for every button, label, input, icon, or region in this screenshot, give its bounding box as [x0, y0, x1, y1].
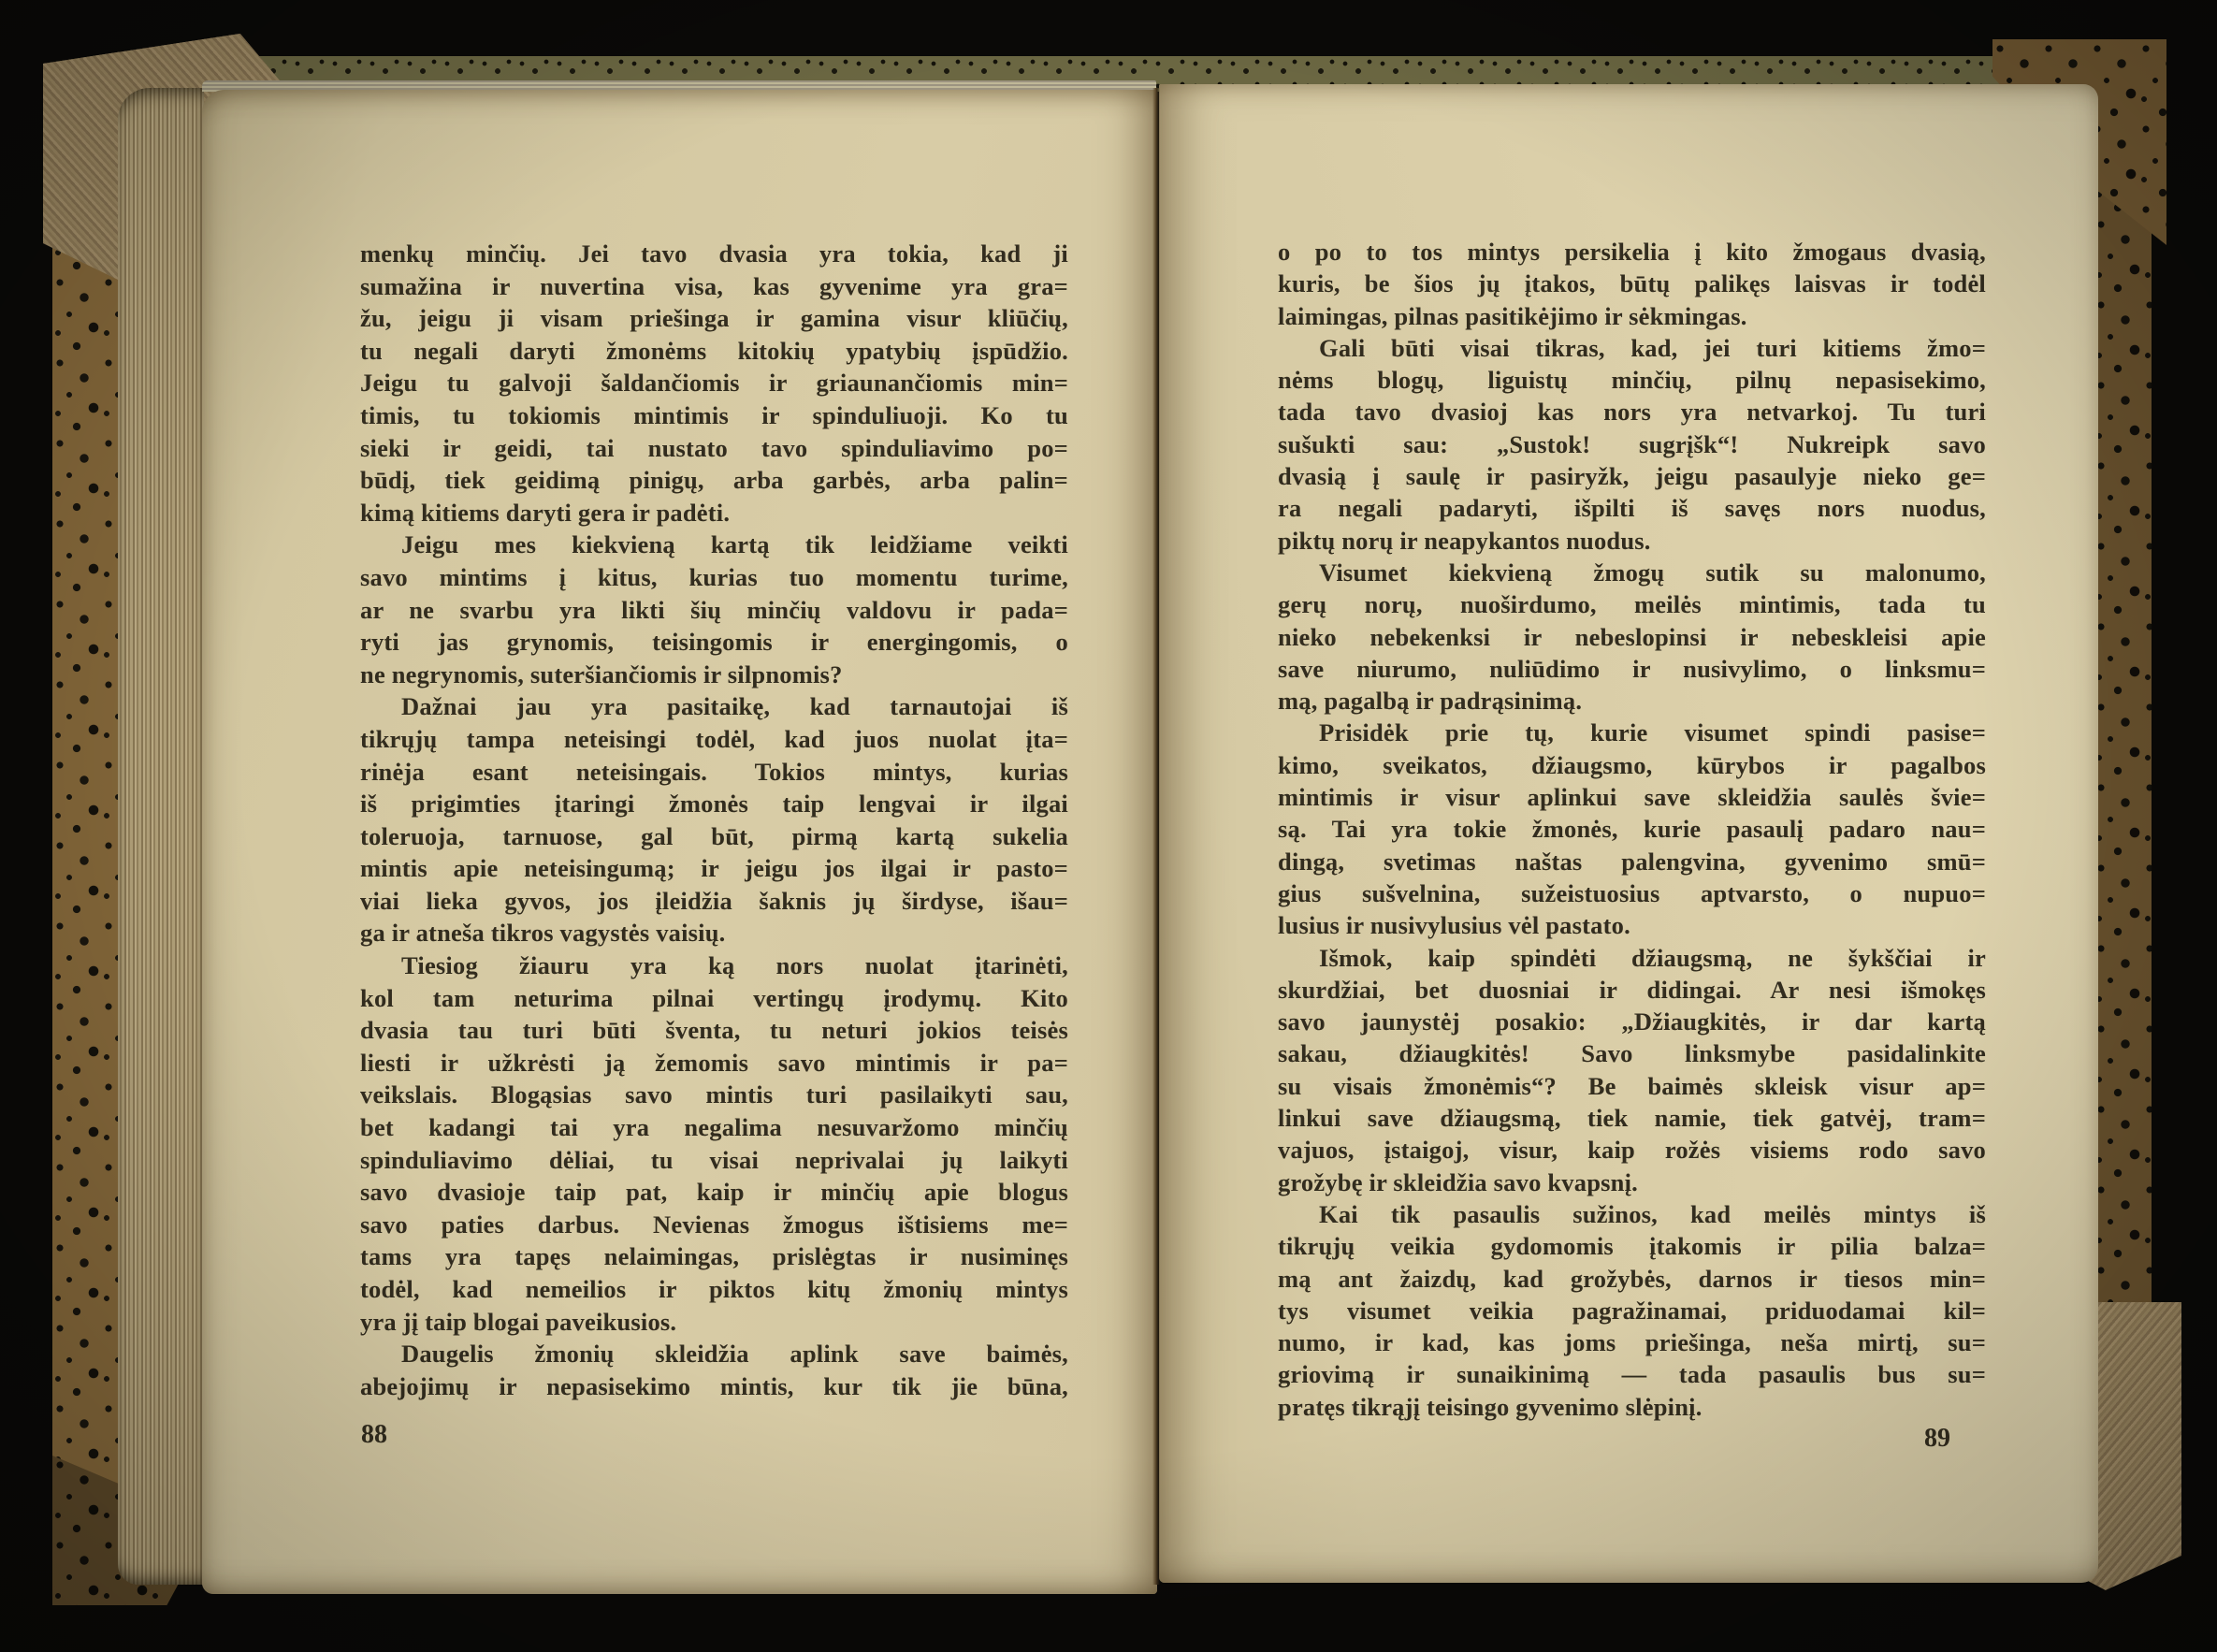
- text-line: Kai tik pasaulis sužinos, kad meilės min…: [1278, 1198, 1986, 1230]
- text-line: viai lieka gyvos, jos įleidžia šaknis jų…: [360, 885, 1068, 918]
- text-line: Prisidėk prie tų, kurie visumet spindi p…: [1278, 717, 1986, 748]
- text-line: ar ne svarbu yra likti šių minčių valdov…: [360, 594, 1068, 627]
- text-line: Tiesiog žiauru yra ką nors nuolat įtarin…: [360, 949, 1068, 982]
- text-line: rinėja esant neteisingais. Tokios mintys…: [360, 756, 1068, 789]
- text-line: gius sušvelnina, sužeistuosius aptvarsto…: [1278, 877, 1986, 909]
- text-line: sakau, džiaugkitės! Savo linksmybe pasid…: [1278, 1037, 1986, 1069]
- text-line: nėms blogų, liguistų minčių, pilnų nepas…: [1278, 364, 1986, 396]
- text-line: toleruoja, tarnuose, gal būt, pirmą kart…: [360, 820, 1068, 853]
- text-line: su visais žmonėmis“? Be baimės skleisk v…: [1278, 1070, 1986, 1102]
- text-line: mą ant žaizdų, kad grožybės, darnos ir t…: [1278, 1263, 1986, 1295]
- text-line: ra negali padaryti, išpilti iš savęs nor…: [1278, 492, 1986, 524]
- text-line: lusius ir nusivylusius vėl pastato.: [1278, 909, 1986, 941]
- book-gutter: [1152, 88, 1160, 1585]
- text-line: Visumet kiekvieną žmogų sutik su malonum…: [1278, 557, 1986, 588]
- text-line: Dažnai jau yra pasitaikę, kad tarnautoja…: [360, 690, 1068, 723]
- text-line: tu negali daryti žmonėms kitokių ypatybi…: [360, 335, 1068, 368]
- page-left-text: menkų minčių. Jei tavo dvasia yra tokia,…: [360, 238, 1068, 1402]
- text-line: gerų norų, nuoširdumo, meilės mintimis, …: [1278, 588, 1986, 620]
- text-line: timis, tu tokiomis mintimis ir spinduliu…: [360, 399, 1068, 432]
- text-line: bet kadangi tai yra negalima nesuvaržomo…: [360, 1111, 1068, 1144]
- text-line: kol tam neturima pilnai vertingų įrodymų…: [360, 982, 1068, 1015]
- text-line: ga ir atneša tikros vagystės vaisių.: [360, 917, 1068, 949]
- text-line: laimingas, pilnas pasitikėjimo ir sėkmin…: [1278, 300, 1986, 332]
- text-line: sušukti sau: „Sustok! sugrįšk“! Nukreipk…: [1278, 428, 1986, 460]
- text-line: mą, pagalbą ir padrąsinimą.: [1278, 685, 1986, 717]
- text-line: būdį, tiek geidimą pinigų, arba garbės, …: [360, 464, 1068, 497]
- text-line: dvasią į saulę ir pasiryžk, jeigu pasaul…: [1278, 460, 1986, 492]
- text-line: piktų norų ir neapykantos nuodus.: [1278, 525, 1986, 557]
- text-line: yra jį taip blogai paveikusios.: [360, 1306, 1068, 1339]
- text-line: dvasia tau turi būti šventa, tu neturi j…: [360, 1014, 1068, 1047]
- text-line: mintis apie neteisingumą; ir jeigu jos i…: [360, 852, 1068, 885]
- text-line: veikslais. Blogąsias savo mintis turi pa…: [360, 1079, 1068, 1111]
- text-line: griovimą ir sunaikinimą — tada pasaulis …: [1278, 1358, 1986, 1390]
- text-line: linkui save džiaugsmą, tiek namie, tiek …: [1278, 1102, 1986, 1134]
- text-line: liesti ir užkrėsti ją žemomis savo minti…: [360, 1047, 1068, 1080]
- text-line: skurdžiai, bet duosniai ir didingai. Ar …: [1278, 974, 1986, 1006]
- text-line: tikrųjų veikia gydomomis įtakomis ir pil…: [1278, 1230, 1986, 1262]
- text-line: žu, jeigu ji visam priešinga ir gamina v…: [360, 302, 1068, 335]
- text-line: sieki ir geidi, tai nustato tavo spindul…: [360, 432, 1068, 465]
- text-line: savo dvasioje taip pat, kaip ir minčių a…: [360, 1176, 1068, 1209]
- text-line: ne negrynomis, suteršiančiomis ir silpno…: [360, 659, 1068, 691]
- text-line: Gali būti visai tikras, kad, jei turi ki…: [1278, 332, 1986, 364]
- text-line: tams yra tapęs nelaimingas, prislėgtas i…: [360, 1240, 1068, 1273]
- text-line: menkų minčių. Jei tavo dvasia yra tokia,…: [360, 238, 1068, 270]
- text-line: todėl, kad nemeilios ir piktos kitų žmon…: [360, 1273, 1068, 1306]
- text-line: tada tavo dvasioj kas nors yra netvarkoj…: [1278, 396, 1986, 427]
- text-line: są. Tai yra tokie žmonės, kurie pasaulį …: [1278, 813, 1986, 845]
- text-line: dingą, svetimas naštas palengvina, gyven…: [1278, 846, 1986, 877]
- text-line: grožybę ir skleidžia savo kvapsnį.: [1278, 1167, 1986, 1198]
- page-number-right: 89: [1278, 1424, 1986, 1454]
- text-line: save niurumo, nuliūdimo ir nusivylimo, o…: [1278, 653, 1986, 685]
- text-line: numo, ir kad, kas joms priešinga, neša m…: [1278, 1326, 1986, 1358]
- text-line: kimo, sveikatos, džiaugsmo, kūrybos ir p…: [1278, 749, 1986, 781]
- text-line: pratęs tikrąjį teisingo gyvenimo slėpinį…: [1278, 1391, 1986, 1423]
- page-stack-left-edge: [118, 88, 204, 1585]
- text-line: spinduliavimo dėliai, tu visai neprivala…: [360, 1144, 1068, 1177]
- text-line: kimą kitiems daryti gera ir padėti.: [360, 497, 1068, 529]
- text-line: tikrųjų tampa neteisingi todėl, kad juos…: [360, 723, 1068, 756]
- text-line: Daugelis žmonių skleidžia aplink save ba…: [360, 1338, 1068, 1370]
- text-line: mintimis ir visur aplinkui save skleidži…: [1278, 781, 1986, 813]
- text-line: tys visumet veikia pagražinamai, priduod…: [1278, 1295, 1986, 1326]
- text-line: iš prigimties įtaringi žmonės taip lengv…: [360, 788, 1068, 820]
- text-line: ryti jas grynomis, teisingomis ir energi…: [360, 626, 1068, 659]
- page-right-text: o po to tos mintys persikelia į kito žmo…: [1278, 236, 1986, 1423]
- text-line: savo jaunystėj posakio: „Džiaugkitės, ir…: [1278, 1006, 1986, 1037]
- text-line: savo paties darbus. Nevienas žmogus išti…: [360, 1209, 1068, 1241]
- text-line: Jeigu mes kiekvieną kartą tik leidžiame …: [360, 529, 1068, 561]
- page-number-left: 88: [361, 1420, 387, 1450]
- text-line: Išmok, kaip spindėti džiaugsmą, ne šykšč…: [1278, 942, 1986, 974]
- text-line: Jeigu tu galvoji šaldančiomis ir griauna…: [360, 367, 1068, 399]
- book-cover-left-marble: [52, 112, 120, 1515]
- text-line: savo mintims į kitus, kurias tuo momentu…: [360, 561, 1068, 594]
- text-line: kuris, be šios jų įtakos, būtų palikęs l…: [1278, 268, 1986, 299]
- text-line: vajuos, įstaigoj, visur, kaip rožės visi…: [1278, 1134, 1986, 1166]
- text-line: o po to tos mintys persikelia į kito žmo…: [1278, 236, 1986, 268]
- text-line: sumažina ir nuvertina visa, kas gyvenime…: [360, 270, 1068, 303]
- text-line: nieko nebekenksi ir nebeslopinsi ir nebe…: [1278, 621, 1986, 653]
- book-photo: menkų minčių. Jei tavo dvasia yra tokia,…: [0, 0, 2217, 1652]
- text-line: abejojimų ir nepasisekimo mintis, kur ti…: [360, 1370, 1068, 1403]
